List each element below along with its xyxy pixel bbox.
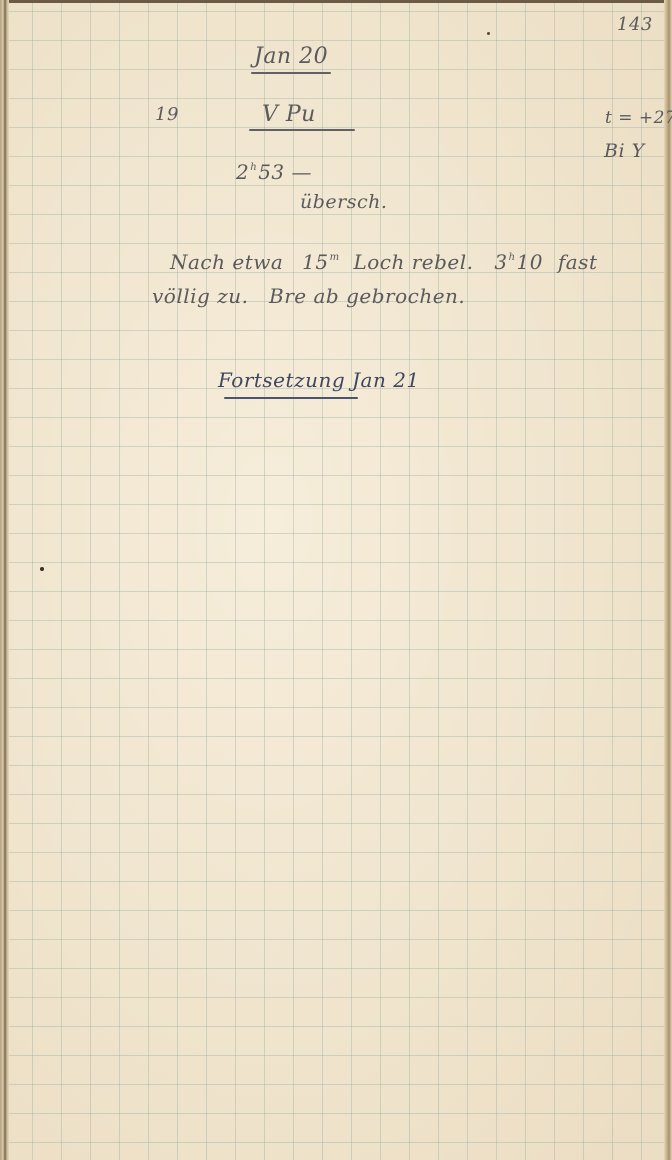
page-right-edge xyxy=(664,0,672,1160)
obs-text-3: fast xyxy=(558,250,598,274)
header-date-underline xyxy=(251,72,331,74)
obs-time-minutes: 10 xyxy=(517,250,543,274)
start-time-minutes: 53 — xyxy=(258,160,312,184)
margin-note-temperature: t = +27 xyxy=(605,108,672,128)
continuation-underline xyxy=(224,397,358,399)
obs-text-2: Loch rebel. xyxy=(353,250,473,274)
observation-line-1: Nach etwa 15m Loch rebel. 3h10 fast xyxy=(170,250,598,274)
start-time-hour-unit: h xyxy=(250,162,257,173)
obs-time-hour: 3 xyxy=(494,250,507,274)
observation-line-2: völlig zu. Bre ab gebrochen. xyxy=(152,284,465,308)
status-word: übersch. xyxy=(300,191,387,213)
obs-time-unit: h xyxy=(509,252,516,263)
obs-text-1: Nach etwa xyxy=(170,250,283,274)
ink-speck xyxy=(487,32,490,35)
header-date: Jan 20 xyxy=(254,44,328,69)
entry-title: V Pu xyxy=(262,102,316,127)
entry-number: 19 xyxy=(155,104,179,125)
obs-duration-unit: m xyxy=(330,252,340,263)
page-number: 143 xyxy=(617,14,653,35)
start-time: 2h53 — xyxy=(236,160,312,184)
obs-duration: 15 xyxy=(302,250,328,274)
notebook-page: 143 Jan 20 19 V Pu t = +27 Bi Y 2h53 — ü… xyxy=(0,0,672,1160)
entry-title-underline xyxy=(249,129,355,131)
page-binding-edge xyxy=(0,0,9,1160)
ink-speck xyxy=(40,567,44,571)
continuation-note: Fortsetzung Jan 21 xyxy=(218,368,420,392)
page-top-edge xyxy=(0,0,672,3)
start-time-hour: 2 xyxy=(236,160,249,184)
margin-note-sample: Bi Y xyxy=(604,140,645,162)
